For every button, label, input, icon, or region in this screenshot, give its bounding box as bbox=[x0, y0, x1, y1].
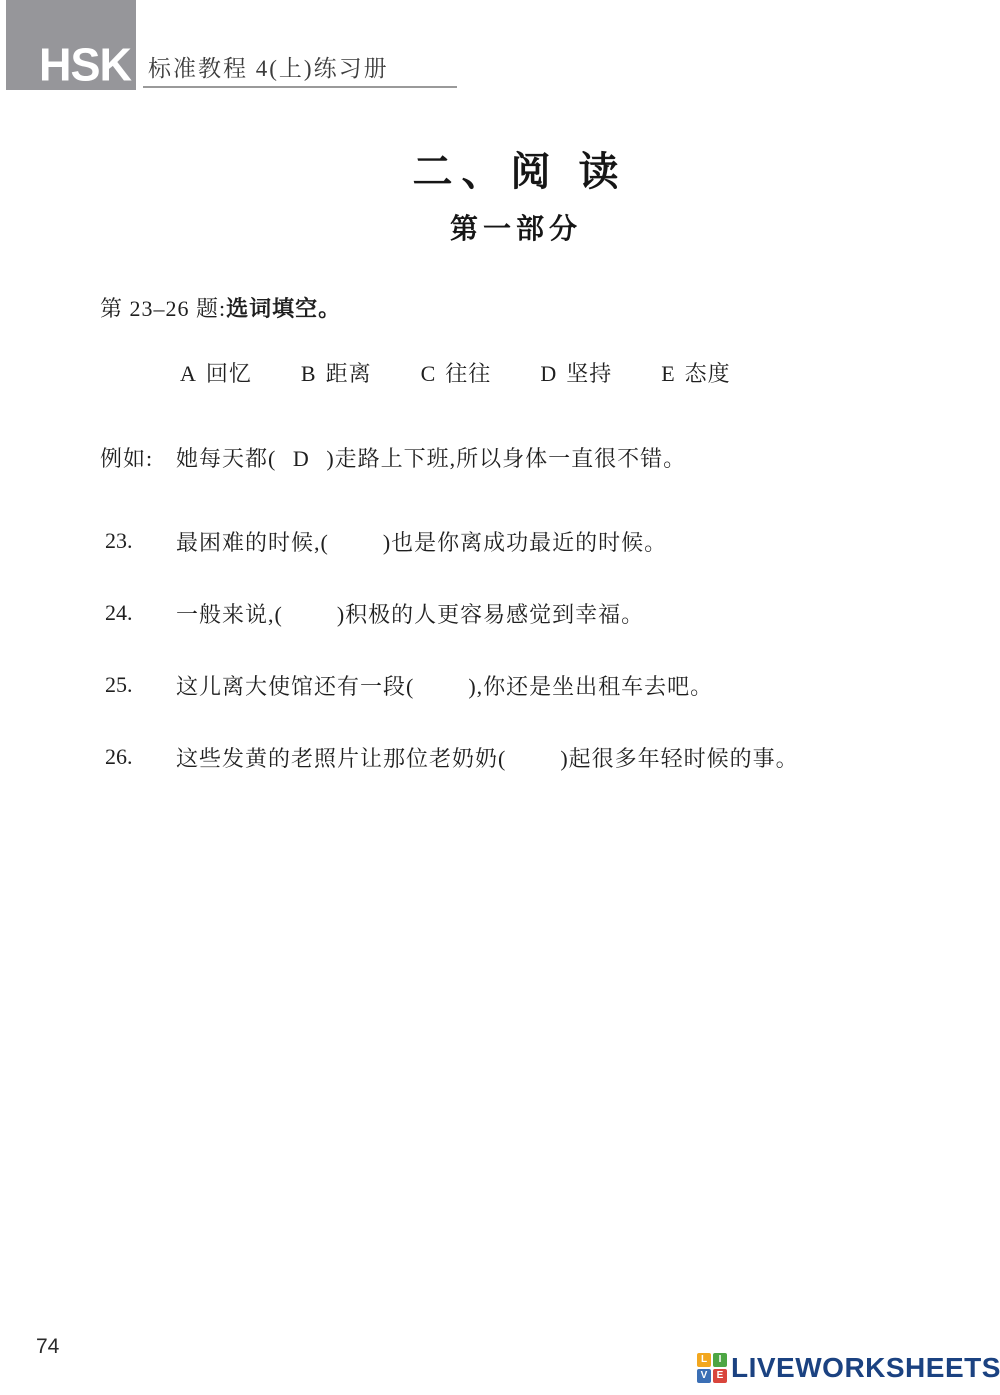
question-text-before: 这儿离大使馆还有一段( bbox=[176, 674, 414, 699]
question-number: 23. bbox=[105, 528, 133, 553]
instructions-task: 选词填空。 bbox=[226, 296, 341, 321]
word-options: A回忆 B距离 C往往 D坚持 E态度 bbox=[180, 361, 731, 386]
question-text: 最困难的时候,()也是你离成功最近的时候。 bbox=[176, 528, 667, 555]
question-text-after: )也是你离成功最近的时候。 bbox=[383, 530, 667, 555]
book-title: 标准教程 4(上)练习册 bbox=[148, 57, 389, 80]
option-letter: A bbox=[180, 361, 196, 386]
answer-blank-23[interactable] bbox=[329, 528, 383, 550]
option-e: E态度 bbox=[661, 361, 730, 386]
hsk-logo-block: HSK bbox=[6, 0, 136, 90]
answer-blank-26[interactable] bbox=[506, 744, 560, 766]
example-text-after: )走路上下班,所以身体一直很不错。 bbox=[326, 446, 686, 471]
option-letter: E bbox=[661, 361, 674, 386]
option-letter: C bbox=[421, 361, 436, 386]
example-text: 她每天都(D)走路上下班,所以身体一直很不错。 bbox=[176, 446, 686, 471]
option-b: B距离 bbox=[301, 361, 372, 386]
logo-tile-l: L bbox=[697, 1353, 711, 1367]
logo-tile-v: V bbox=[697, 1369, 711, 1383]
question-text: 这儿离大使馆还有一段(),你还是坐出租车去吧。 bbox=[176, 672, 713, 699]
page-number: 74 bbox=[36, 1336, 59, 1357]
liveworksheets-icon: L I V E bbox=[697, 1353, 727, 1383]
instructions-range: 第 23–26 题: bbox=[100, 296, 226, 321]
option-a: A回忆 bbox=[180, 361, 252, 386]
option-word: 距离 bbox=[326, 361, 372, 386]
logo-tile-e: E bbox=[713, 1369, 727, 1383]
logo-tile-i: I bbox=[713, 1353, 727, 1367]
answer-blank-24[interactable] bbox=[283, 600, 337, 622]
answer-blank-25[interactable] bbox=[414, 672, 468, 694]
example-text-before: 她每天都( bbox=[176, 446, 276, 471]
option-letter: B bbox=[301, 361, 316, 386]
question-row-24: 24. 一般来说,()积极的人更容易感觉到幸福。 bbox=[100, 600, 960, 630]
part-title: 第一部分 bbox=[0, 216, 1000, 244]
question-text-before: 最困难的时候,( bbox=[176, 530, 329, 555]
question-text: 这些发黄的老照片让那位老奶奶()起很多年轻时候的事。 bbox=[176, 744, 799, 771]
question-text-before: 一般来说,( bbox=[176, 602, 283, 627]
liveworksheets-wordmark: LIVEWORKSHEETS bbox=[731, 1354, 1000, 1382]
question-number: 24. bbox=[105, 600, 133, 625]
option-d: D坚持 bbox=[540, 361, 612, 386]
header-rule bbox=[143, 86, 457, 88]
option-word: 坚持 bbox=[566, 361, 612, 386]
option-word: 往往 bbox=[445, 361, 491, 386]
question-number: 26. bbox=[105, 744, 133, 769]
option-letter: D bbox=[540, 361, 556, 386]
option-word: 回忆 bbox=[206, 361, 252, 386]
question-row-26: 26. 这些发黄的老照片让那位老奶奶()起很多年轻时候的事。 bbox=[100, 744, 960, 774]
hsk-logo: HSK bbox=[39, 41, 131, 88]
question-row-25: 25. 这儿离大使馆还有一段(),你还是坐出租车去吧。 bbox=[100, 672, 960, 702]
question-text-before: 这些发黄的老照片让那位老奶奶( bbox=[176, 746, 506, 771]
question-text-after: ),你还是坐出租车去吧。 bbox=[468, 674, 713, 699]
option-word: 态度 bbox=[685, 361, 731, 386]
question-text-after: )起很多年轻时候的事。 bbox=[560, 746, 798, 771]
question-row-23: 23. 最困难的时候,()也是你离成功最近的时候。 bbox=[100, 528, 960, 558]
question-text: 一般来说,()积极的人更容易感觉到幸福。 bbox=[176, 600, 644, 627]
example-row: 例如: 她每天都(D)走路上下班,所以身体一直很不错。 bbox=[100, 446, 960, 476]
instructions: 第 23–26 题:选词填空。 bbox=[100, 296, 341, 321]
example-answer: D bbox=[276, 446, 326, 471]
question-text-after: )积极的人更容易感觉到幸福。 bbox=[337, 602, 644, 627]
question-number: 25. bbox=[105, 672, 133, 697]
example-label: 例如: bbox=[100, 446, 153, 471]
option-c: C往往 bbox=[421, 361, 492, 386]
section-title: 二、阅 读 bbox=[0, 152, 1000, 192]
liveworksheets-logo[interactable]: L I V E LIVEWORKSHEETS bbox=[697, 1353, 1000, 1383]
